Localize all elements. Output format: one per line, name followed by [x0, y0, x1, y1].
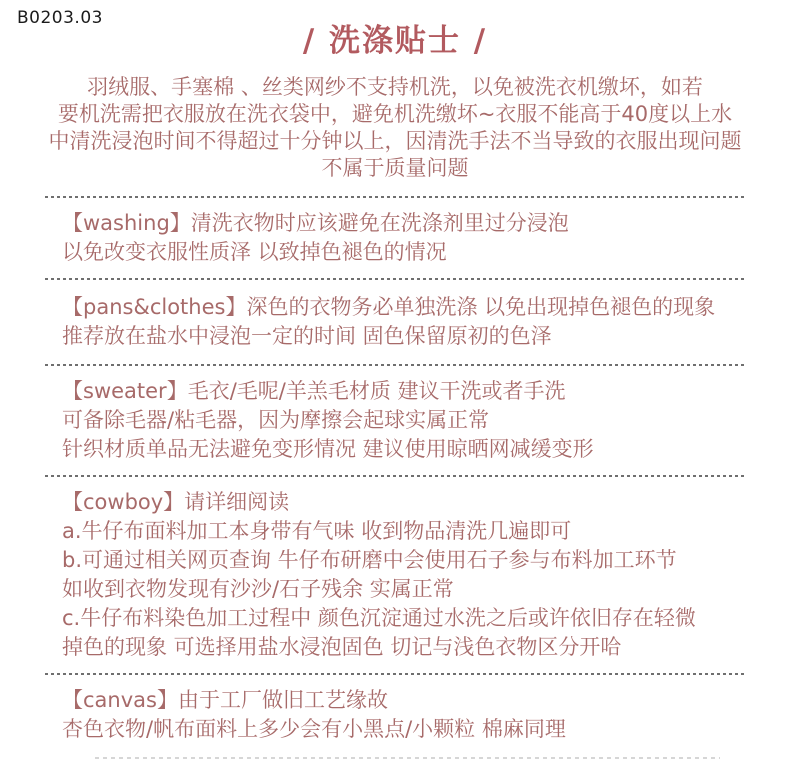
- section-sweater: 【sweater】毛衣/毛呢/羊羔毛材质 建议干洗或者手洗 可备除毛器/粘毛器，…: [0, 366, 790, 475]
- section-line: 【sweater】毛衣/毛呢/羊羔毛材质 建议干洗或者手洗: [62, 377, 752, 406]
- intro-line: 要机洗需把衣服放在洗衣袋中，避免机洗缴坏~衣服不能高于40度以上水: [30, 101, 760, 128]
- section-pans-clothes: 【pans&clothes】深色的衣物务必单独洗涤 以免出现掉色褪色的现象 推荐…: [0, 280, 790, 364]
- section-line: 可备除毛器/粘毛器，因为摩擦会起球实属正常: [62, 406, 752, 435]
- section-line: 【cowboy】请详细阅读: [62, 488, 752, 517]
- intro-line: 中清洗浸泡时间不得超过十分钟以上，因清洗手法不当导致的衣服出现问题: [30, 128, 760, 155]
- section-line: 掉色的现象 可选择用盐水浸泡固色 切记与浅色衣物区分开哈: [62, 633, 752, 662]
- section-canvas: 【canvas】由于工厂做旧工艺缘故 杏色衣物/帆布面料上多少会有小黑点/小颗粒…: [0, 675, 790, 755]
- product-code: B0203.03: [17, 8, 103, 28]
- section-line: 如收到衣物发现有沙沙/石子残余 实属正常: [62, 575, 752, 604]
- section-line: 【pans&clothes】深色的衣物务必单独洗涤 以免出现掉色褪色的现象: [62, 293, 752, 322]
- section-line: 杏色衣物/帆布面料上多少会有小黑点/小颗粒 棉麻同理: [62, 715, 752, 744]
- intro-line: 不属于质量问题: [30, 155, 760, 182]
- page-title: / 洗涤贴士 /: [0, 0, 790, 59]
- cropped-bottom-divider: [95, 757, 720, 759]
- section-washing: 【washing】清洗衣物时应该避免在洗涤剂里过分浸泡 以免改变衣服性质泽 以致…: [0, 198, 790, 278]
- section-line: 【washing】清洗衣物时应该避免在洗涤剂里过分浸泡: [62, 209, 752, 238]
- section-line: 推荐放在盐水中浸泡一定的时间 固色保留原初的色泽: [62, 322, 752, 351]
- section-line: 【canvas】由于工厂做旧工艺缘故: [62, 686, 752, 715]
- section-line: a.牛仔布面料加工本身带有气味 收到物品清洗几遍即可: [62, 517, 752, 546]
- washing-tips-card: B0203.03 / 洗涤贴士 / 羽绒服、手塞棉 、丝类网纱不支持机洗，以免被…: [0, 0, 790, 777]
- intro-line: 羽绒服、手塞棉 、丝类网纱不支持机洗，以免被洗衣机缴坏，如若: [30, 74, 760, 101]
- section-line: 针织材质单品无法避免变形情况 建议使用晾晒网减缓变形: [62, 435, 752, 464]
- intro-paragraph: 羽绒服、手塞棉 、丝类网纱不支持机洗，以免被洗衣机缴坏，如若 要机洗需把衣服放在…: [0, 74, 790, 182]
- section-line: c.牛仔布料染色加工过程中 颜色沉淀通过水洗之后或许依旧存在轻微: [62, 604, 752, 633]
- section-line: 以免改变衣服性质泽 以致掉色褪色的情况: [62, 238, 752, 267]
- section-line: b.可通过相关网页查询 牛仔布研磨中会使用石子参与布料加工环节: [62, 546, 752, 575]
- section-cowboy: 【cowboy】请详细阅读 a.牛仔布面料加工本身带有气味 收到物品清洗几遍即可…: [0, 477, 790, 673]
